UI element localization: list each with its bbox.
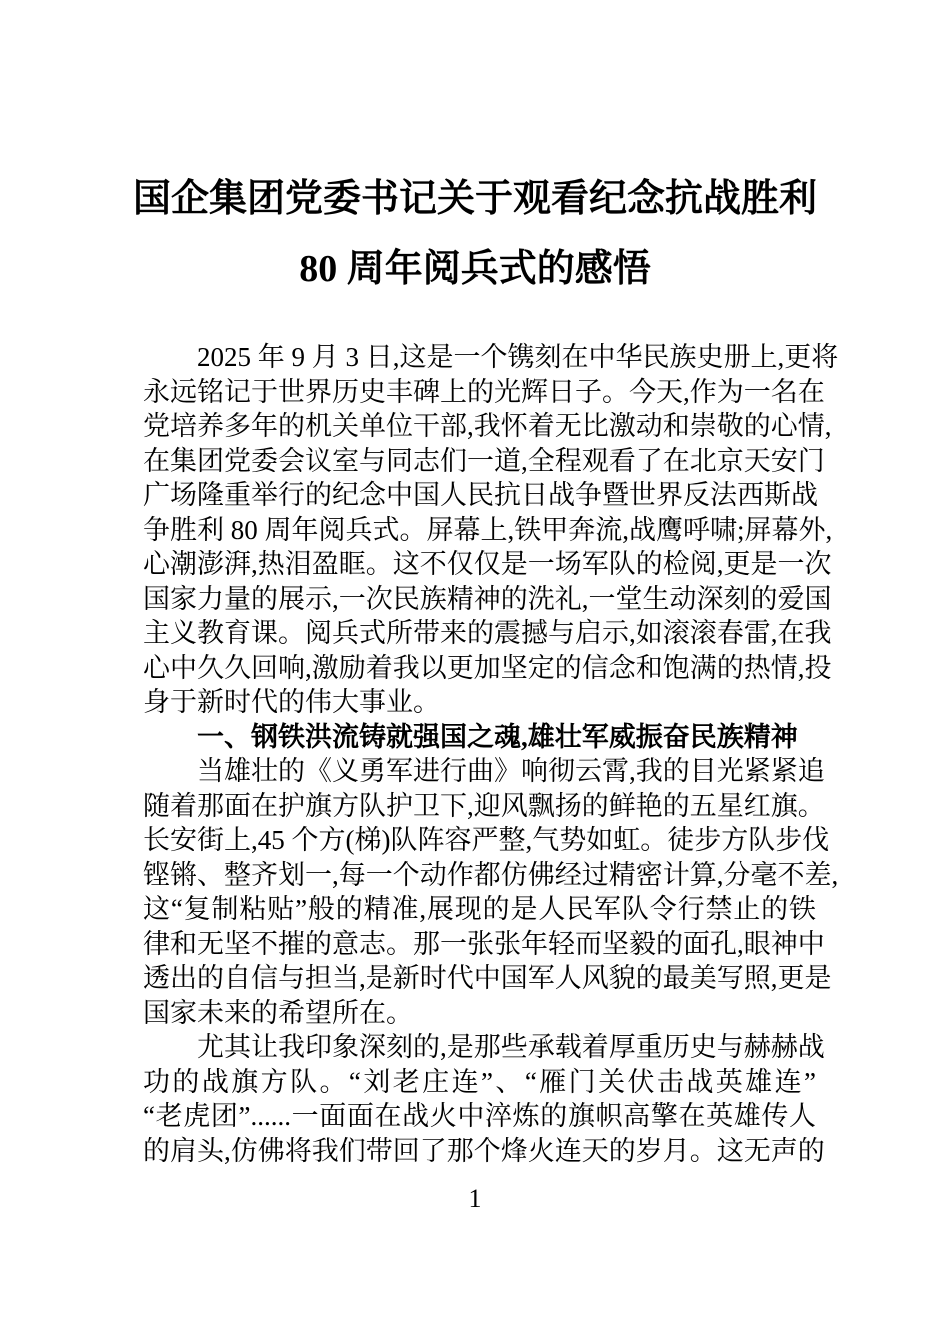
paragraph-line: 身于新时代的伟大事业。 xyxy=(143,685,816,720)
paragraph-line: 争胜利 80 周年阅兵式。屏幕上,铁甲奔流,战鹰呼啸;屏幕外, xyxy=(143,513,816,548)
paragraph-line: 广场隆重举行的纪念中国人民抗日战争暨世界反法西斯战 xyxy=(143,478,816,513)
paragraph-line: 随着那面在护旗方队护卫下,迎风飘扬的鲜艳的五星红旗。 xyxy=(143,789,816,824)
paragraph-line: 这“复制粘贴”般的精准,展现的是人民军队令行禁止的铁 xyxy=(143,892,816,927)
document-title: 国企集团党委书记关于观看纪念抗战胜利 80 周年阅兵式的感悟 xyxy=(0,0,950,304)
paragraph-line: 国家力量的展示,一次民族精神的洗礼,一堂生动深刻的爱国 xyxy=(143,582,816,617)
page-footer: 1 xyxy=(0,1183,950,1215)
paragraph-line: 永远铭记于世界历史丰碑上的光辉日子。今天,作为一名在 xyxy=(143,375,816,410)
paragraph-line: 心中久久回响,激励着我以更加坚定的信念和饱满的热情,投 xyxy=(143,651,816,686)
paragraph-line: 心潮澎湃,热泪盈眶。这不仅仅是一场军队的检阅,更是一次 xyxy=(143,547,816,582)
paragraph-line: 主义教育课。阅兵式所带来的震撼与启示,如滚滚春雷,在我 xyxy=(143,616,816,651)
paragraph-line: 律和无坚不摧的意志。那一张张年轻而坚毅的面孔,眼神中 xyxy=(143,927,816,962)
document-body: 2025 年 9 月 3 日,这是一个镌刻在中华民族史册上,更将永远铭记于世界历… xyxy=(143,340,816,1168)
document-page: 国企集团党委书记关于观看纪念抗战胜利 80 周年阅兵式的感悟 2025 年 9 … xyxy=(0,0,950,1344)
paragraph-line: 党培养多年的机关单位干部,我怀着无比激动和崇敬的心情, xyxy=(143,409,816,444)
paragraph-line: 功的战旗方队。“刘老庄连”、“雁门关伏击战英雄连” xyxy=(143,1065,816,1100)
paragraph-line: 长安街上,45 个方(梯)队阵容严整,气势如虹。徒步方队步伐 xyxy=(143,823,816,858)
title-line-1: 国企集团党委书记关于观看纪念抗战胜利 xyxy=(0,164,950,234)
title-line-2: 80 周年阅兵式的感悟 xyxy=(0,234,950,304)
paragraph-line: 当雄壮的《义勇军进行曲》响彻云霄,我的目光紧紧追 xyxy=(143,754,816,789)
paragraph-line: 2025 年 9 月 3 日,这是一个镌刻在中华民族史册上,更将 xyxy=(143,340,816,375)
paragraph-line: 透出的自信与担当,是新时代中国军人风貌的最美写照,更是 xyxy=(143,961,816,996)
paragraph-line: “老虎团”......一面面在战火中淬炼的旗帜高擎在英雄传人 xyxy=(143,1099,816,1134)
page-number: 1 xyxy=(469,1184,482,1213)
paragraph-line: 铿锵、整齐划一,每一个动作都仿佛经过精密计算,分毫不差, xyxy=(143,858,816,893)
paragraph-line: 在集团党委会议室与同志们一道,全程观看了在北京天安门 xyxy=(143,444,816,479)
paragraph-line: 尤其让我印象深刻的,是那些承载着厚重历史与赫赫战 xyxy=(143,1030,816,1065)
section-heading-line: 一、钢铁洪流铸就强国之魂,雄壮军威振奋民族精神 xyxy=(143,720,816,755)
paragraph-line: 国家未来的希望所在。 xyxy=(143,996,816,1031)
paragraph-line: 的肩头,仿佛将我们带回了那个烽火连天的岁月。这无声的 xyxy=(143,1134,816,1169)
